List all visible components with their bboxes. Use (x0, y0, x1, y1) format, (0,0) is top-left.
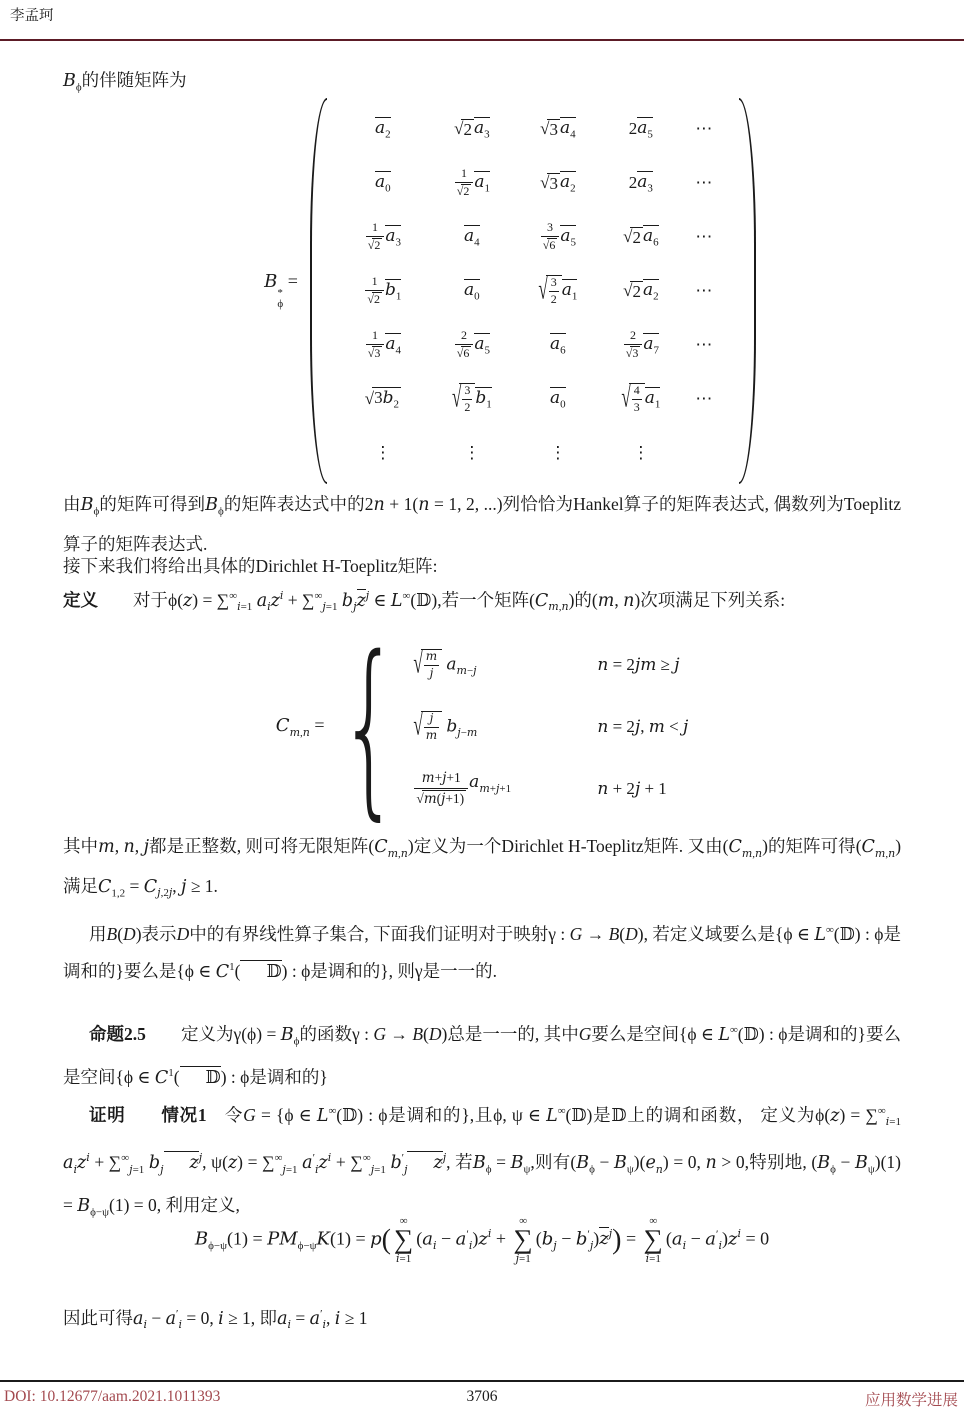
matrix-cell: a4 (431, 225, 513, 249)
matrix-row: 1√2b1 a0 √32a1 √2a2 ⋯ (335, 264, 731, 318)
matrix-cell: √2a6 (603, 225, 679, 249)
matrix-cell: √43a1 (603, 383, 679, 415)
footer-rule (0, 1380, 964, 1382)
matrix-cell: 1√2a1 (431, 167, 513, 199)
matrix: a2 √2a3 √3a4 2a5 ⋯ a0 1√2a1 √3a2 2a3 ⋯ 1… (310, 98, 756, 484)
matrix-row: 1√3a4 2√6a5 a6 2√3a7 ⋯ (335, 318, 731, 372)
matrix-cell: √32a1 (513, 275, 603, 307)
case-condition: n + 2j + 1 (597, 779, 666, 799)
header-rule (0, 39, 964, 41)
cases-label: Cm,n = (276, 715, 325, 739)
matrix-left-paren (310, 98, 327, 484)
proposition-paragraph: 命题2.5 定义为γ(ϕ) = Bϕ的函数γ : G → B(D)总是一一的, … (63, 1014, 901, 1094)
matrix-cell: ⋮ (431, 443, 513, 463)
matrix-cell: ⋯ (679, 119, 731, 139)
matrix-cell: √3b2 (335, 387, 431, 410)
case-row: √jm bj−m n = 2j, m < j (413, 696, 688, 758)
matrix-row: ⋮ ⋮ ⋮ ⋮ (335, 426, 731, 480)
paragraph-bounded-operators: 用B(D)表示D中的有界线性算子集合, 下面我们证明对于映射γ : G → B(… (63, 914, 901, 988)
paragraph-hankel: 由Bϕ的矩阵可得到Bϕ的矩阵表达式中的2n + 1(n = 1, 2, ...)… (63, 488, 901, 560)
matrix-cell: 2a5 (603, 117, 679, 141)
matrix-cell: ⋮ (335, 443, 431, 463)
case-condition: n = 2j, m < j (597, 717, 688, 737)
cases-equation: Cm,n = { √mj am−j n = 2jm ≥ j √jm bj−m n… (0, 632, 964, 822)
matrix-cell: √2a3 (431, 117, 513, 141)
paper-page: 李孟珂 Bϕ的伴随矩阵为 B*ϕ = a2 √2a3 √3a4 2a5 ⋯ a0… (0, 0, 964, 1414)
matrix-cell: 2√6a5 (431, 329, 513, 361)
case-expression: m+j+1√m(j+1)am+j+1 (413, 770, 583, 807)
matrix-cell: a0 (431, 279, 513, 303)
case-row: m+j+1√m(j+1)am+j+1 n + 2j + 1 (413, 758, 688, 820)
matrix-row: √3b2 √32b1 a0 √43a1 ⋯ (335, 372, 731, 426)
adjoint-matrix-equation: B*ϕ = a2 √2a3 √3a4 2a5 ⋯ a0 1√2a1 √3a2 2… (28, 98, 964, 484)
matrix-cell: ⋯ (679, 227, 731, 247)
displayed-equation: Bϕ−ψ(1) = PMϕ−ψK(1) = p(∞∑i=1(ai − a′i)z… (0, 1216, 964, 1265)
matrix-cell: 1√3a4 (335, 329, 431, 361)
matrix-body: a2 √2a3 √3a4 2a5 ⋯ a0 1√2a1 √3a2 2a3 ⋯ 1… (327, 98, 739, 484)
paragraph-integers: 其中m, n, j都是正整数, 则可将无限矩阵(Cm,n)定义为一个Dirich… (63, 830, 901, 909)
matrix-cell: √32b1 (431, 383, 513, 415)
matrix-cell: ⋯ (679, 335, 731, 355)
matrix-cell: √2a2 (603, 279, 679, 303)
footer-doi: DOI: 10.12677/aam.2021.1011393 (4, 1388, 220, 1406)
header-author: 李孟珂 (10, 4, 54, 25)
case-expression: √mj am−j (413, 649, 583, 681)
case-row: √mj am−j n = 2jm ≥ j (413, 634, 688, 696)
matrix-cell: a2 (335, 117, 431, 141)
footer-journal-name: 应用数学进展 (865, 1388, 958, 1410)
matrix-cell: ⋯ (679, 281, 731, 301)
matrix-cell: 2√3a7 (603, 329, 679, 361)
matrix-cell: ⋯ (679, 389, 731, 409)
definition-paragraph: 定义 对于ϕ(z) = ∑∞i=1 aizi + ∑∞j=1 bjzj ∈ L∞… (63, 580, 901, 623)
matrix-right-paren (739, 98, 756, 484)
matrix-row: a0 1√2a1 √3a2 2a3 ⋯ (335, 156, 731, 210)
matrix-cell: 3√6a5 (513, 221, 603, 253)
matrix-cell: √3a2 (513, 171, 603, 195)
matrix-cell: a0 (513, 387, 603, 411)
matrix-cell: ⋯ (679, 173, 731, 193)
case-condition: n = 2jm ≥ j (597, 655, 679, 675)
conclusion-paragraph: 因此可得ai − a′i = 0, i ≥ 1, 即ai = a′i, i ≥ … (63, 1298, 901, 1341)
matrix-cell: 1√2a3 (335, 221, 431, 253)
matrix-cell: 2a3 (603, 171, 679, 195)
matrix-cell: ⋮ (513, 443, 603, 463)
matrix-cell: 1√2b1 (335, 275, 431, 307)
matrix-cell: ⋮ (603, 443, 679, 463)
matrix-row: 1√2a3 a4 3√6a5 √2a6 ⋯ (335, 210, 731, 264)
cases-rows: √mj am−j n = 2jm ≥ j √jm bj−m n = 2j, m … (413, 634, 688, 820)
paragraph-next: 接下来我们将给出具体的Dirichlet H-Toeplitz矩阵: (63, 550, 901, 582)
matrix-row: a2 √2a3 √3a4 2a5 ⋯ (335, 102, 731, 156)
cases-brace: { (339, 632, 399, 822)
matrix-cell: a6 (513, 333, 603, 357)
matrix-label: B*ϕ = (264, 271, 298, 310)
proof-paragraph: 证明 情况1 令G = {ϕ ∈ L∞(𝔻) : ϕ是调和的},且ϕ, ψ ∈ … (63, 1094, 901, 1230)
matrix-cell: a0 (335, 171, 431, 195)
matrix-cell: √3a4 (513, 117, 603, 141)
case-expression: √jm bj−m (413, 711, 583, 743)
